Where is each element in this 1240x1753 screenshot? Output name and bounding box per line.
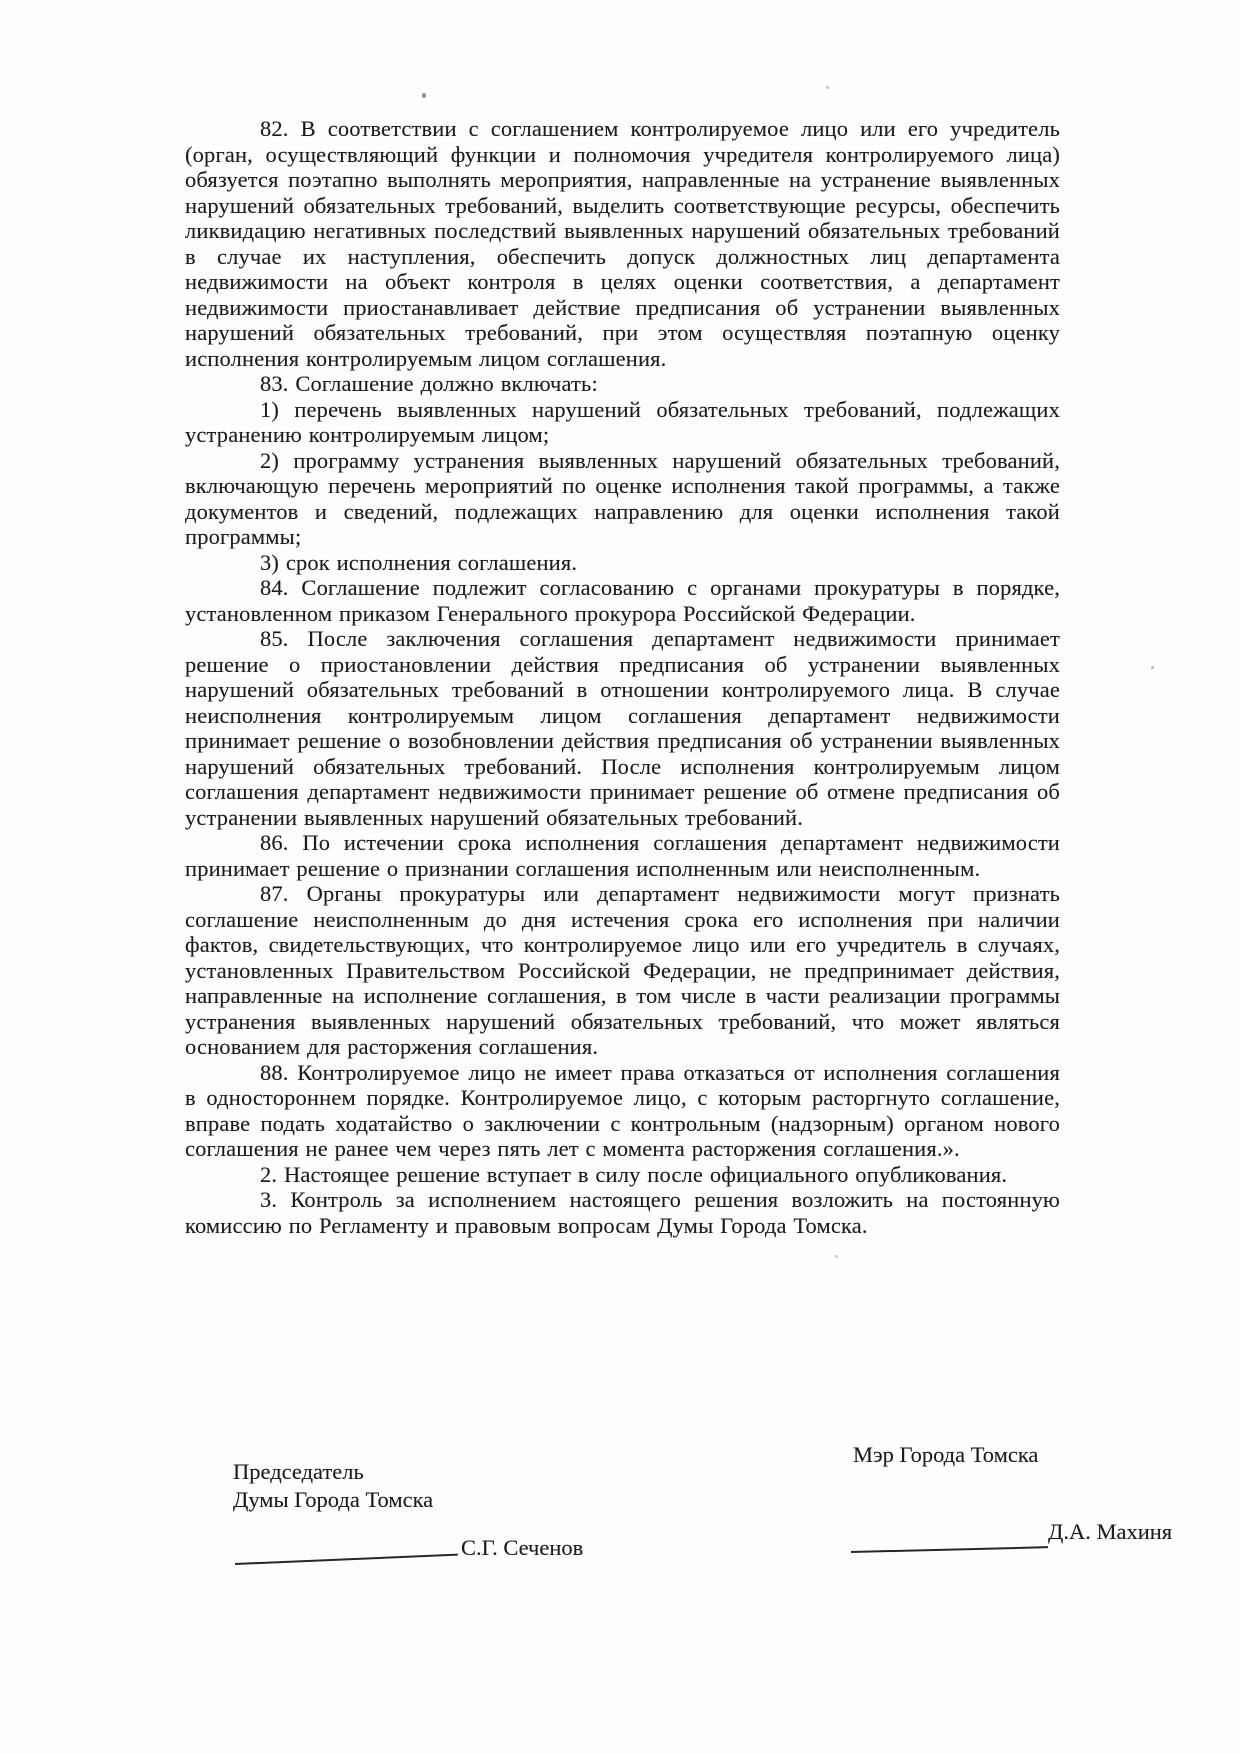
chairman-name: С.Г. Сеченов: [461, 1534, 583, 1562]
chairman-title-line1: Председатель: [233, 1458, 433, 1486]
list-item-1: 1) перечень выявленных нарушений обязате…: [185, 397, 1060, 448]
chairman-title-line2: Думы Города Томска: [233, 1486, 433, 1514]
document-body: 82. В соответствии с соглашением контрол…: [185, 116, 1060, 1238]
scan-speck: [422, 93, 426, 98]
paragraph-86: 86. По истечении срока исполнения соглаш…: [185, 830, 1060, 881]
paragraph-85: 85. После заключения соглашения департам…: [185, 626, 1060, 830]
chairman-signature-line: [235, 1554, 458, 1565]
scan-speck: [835, 1255, 838, 1258]
paragraph-82: 82. В соответствии с соглашением контрол…: [185, 116, 1060, 371]
scan-speck: [826, 86, 829, 89]
paragraph-84: 84. Соглашение подлежит согласованию с о…: [185, 575, 1060, 626]
mayor-name: Д.А. Махиня: [1048, 1518, 1172, 1546]
clause-3: 3. Контроль за исполнением настоящего ре…: [185, 1187, 1060, 1238]
list-item-3: 3) срок исполнения соглашения.: [185, 550, 1060, 576]
scan-speck: [1151, 666, 1154, 669]
paragraph-87: 87. Органы прокуратуры или департамент н…: [185, 881, 1060, 1060]
chairman-title: Председатель Думы Города Томска: [233, 1458, 433, 1514]
clause-2: 2. Настоящее решение вступает в силу пос…: [185, 1162, 1060, 1188]
scanned-document-page: 82. В соответствии с соглашением контрол…: [0, 0, 1240, 1753]
mayor-signature-line: [851, 1546, 1048, 1553]
mayor-title: Мэр Города Томска: [853, 1441, 1038, 1469]
paragraph-83: 83. Соглашение должно включать:: [185, 371, 1060, 397]
list-item-2: 2) программу устранения выявленных наруш…: [185, 448, 1060, 550]
paragraph-88: 88. Контролируемое лицо не имеет права о…: [185, 1060, 1060, 1162]
